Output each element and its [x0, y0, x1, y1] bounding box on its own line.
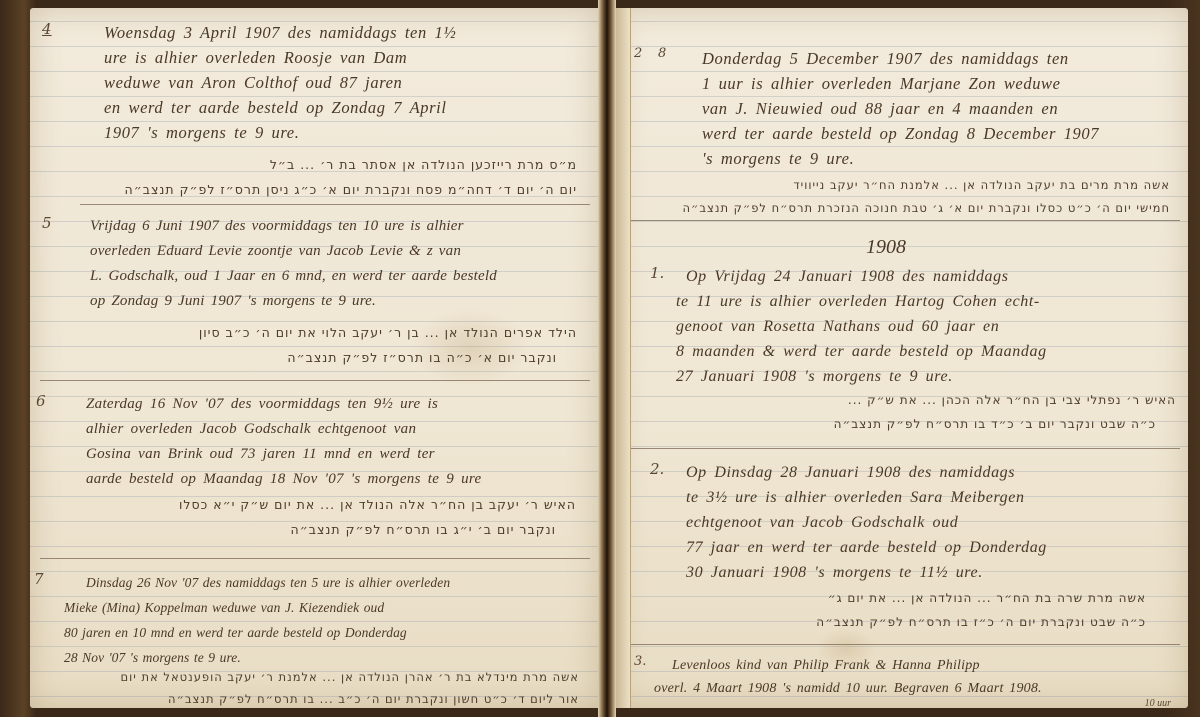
- text-line: overleden Eduard Levie zoontje van Jacob…: [90, 239, 587, 264]
- text-line: Zaterdag 16 Nov '07 des voormiddags ten …: [86, 392, 586, 417]
- text-line: op Zondag 9 Juni 1907 's morgens te 9 ur…: [90, 289, 587, 314]
- entry-text: Op Dinsdag 28 Januari 1908 des namiddags…: [686, 460, 1186, 585]
- entry-divider: [630, 644, 1180, 645]
- text-line: Woensdag 3 April 1907 des namiddags ten …: [104, 20, 587, 45]
- text-line: Op Dinsdag 28 Januari 1908 des namiddags: [686, 460, 1186, 485]
- hebrew-line: ונקבר יום א׳ כ״ה בו תרס״ז לפ״ק תנצב״ה: [82, 345, 577, 370]
- entry-number: 6: [36, 392, 46, 410]
- entry-5: 5 Vrijdag 6 Juni 1907 des voormiddags te…: [42, 214, 587, 384]
- entry-number: 4: [42, 20, 52, 38]
- text-line: Levenloos kind van Philip Frank & Hanna …: [654, 654, 1181, 677]
- hebrew-line: חמישי יום ה׳ כ״ט כסלו ונקברת יום א׳ ג׳ ט…: [680, 197, 1170, 220]
- text-line: 1 uur is alhier overleden Marjane Zon we…: [702, 71, 1180, 96]
- entry-6: 6 Zaterdag 16 Nov '07 des voormiddags te…: [36, 392, 586, 557]
- year-heading: 1908: [866, 236, 906, 259]
- hebrew-line: ונקבר יום ב׳ י״ג בו תרס״ח לפ״ק תנצב״ה: [76, 517, 576, 542]
- hebrew-annotation: האיש ר׳ נפתלי צבי בן הח״ר אלה הכהן ... א…: [686, 388, 1176, 436]
- entry-text: Woensdag 3 April 1907 des namiddags ten …: [104, 20, 587, 145]
- entry-1908-1: 1. Op Vrijdag 24 Januari 1908 des namidd…: [646, 264, 1186, 444]
- hebrew-line: כ״ה שבט ונקבר יום ב׳ כ״ד בו תרס״ח לפ״ק ת…: [686, 412, 1176, 436]
- hebrew-annotation: אשה מרת מרים בת יעקב הנולדה אן ... אלמנת…: [680, 174, 1170, 220]
- hebrew-line: האיש ר׳ נפתלי צבי בן הח״ר אלה הכהן ... א…: [686, 388, 1176, 412]
- text-line: genoot van Rosetta Nathans oud 60 jaar e…: [676, 314, 1186, 339]
- text-line: L. Godschalk, oud 1 Jaar en 6 mnd, en we…: [90, 264, 587, 289]
- hebrew-line: אשה מרת מרים בת יעקב הנולדה אן ... אלמנת…: [680, 174, 1170, 197]
- text-line: 1907 's morgens te 9 ure.: [104, 120, 587, 145]
- entry-text: Op Vrijdag 24 Januari 1908 des namiddags…: [676, 264, 1186, 389]
- text-line: Gosina van Brink oud 73 jaren 11 mnd en …: [86, 442, 586, 467]
- text-line: 30 Januari 1908 's morgens te 11½ ure.: [686, 560, 1186, 585]
- text-line: van J. Nieuwied oud 88 jaar en 4 maanden…: [702, 96, 1180, 121]
- text-line: en werd ter aarde besteld op Zondag 7 Ap…: [104, 95, 587, 120]
- hebrew-line: אשה מרת שרה בת הח״ר ... הנולדה אן ... את…: [706, 586, 1146, 610]
- hebrew-line: יום ה׳ יום ד׳ דחה״מ פסח ונקברת יום א׳ כ״…: [82, 177, 577, 202]
- hebrew-line: אשה מרת מינדלא בת ר׳ אהרן הנולדה אן ... …: [74, 666, 579, 688]
- entry-divider: [630, 448, 1180, 449]
- entry-7: 7 Dinsdag 26 Nov '07 des namiddags ten 5…: [34, 570, 589, 710]
- entry-1908-3: 3. Levenloos kind van Philip Frank & Han…: [626, 654, 1181, 708]
- hebrew-annotation: מ״ס מרת רייזכען הנולדה אן אסתר בת ר׳ ...…: [82, 152, 577, 202]
- text-line: alhier overleden Jacob Godschalk echtgen…: [86, 417, 586, 442]
- entry-text: Donderdag 5 December 1907 des namiddags …: [702, 46, 1180, 171]
- right-page: 2 8 Donderdag 5 December 1907 des namidd…: [616, 8, 1188, 708]
- text-line: Op Vrijdag 24 Januari 1908 des namiddags: [676, 264, 1186, 289]
- hebrew-annotation: האיש ר׳ יעקב בן הח״ר אלה הנולד אן ... את…: [76, 492, 576, 542]
- hebrew-line: הילד אפרים הנולד אן ... בן ר׳ יעקב הלוי …: [82, 320, 577, 345]
- text-line: echtgenoot van Jacob Godschalk oud: [686, 510, 1186, 535]
- hebrew-line: אור ליום ד׳ כ״ט חשון ונקברת יום ה׳ כ״ב .…: [74, 688, 579, 710]
- text-line: Dinsdag 26 Nov '07 des namiddags ten 5 u…: [64, 570, 589, 595]
- entry-divider: [80, 204, 590, 205]
- entry-text: Levenloos kind van Philip Frank & Hanna …: [654, 654, 1181, 700]
- margin-mark: 2: [634, 46, 642, 61]
- hebrew-annotation: אשה מרת שרה בת הח״ר ... הנולדה אן ... את…: [706, 586, 1146, 634]
- text-line: 27 Januari 1908 's morgens te 9 ure.: [676, 364, 1186, 389]
- entry-number: 8: [658, 46, 666, 61]
- entry-text: Dinsdag 26 Nov '07 des namiddags ten 5 u…: [64, 570, 589, 670]
- entry-number: 1.: [650, 264, 664, 282]
- book-spine-gutter: [598, 0, 616, 717]
- hebrew-annotation: הילד אפרים הנולד אן ... בן ר׳ יעקב הלוי …: [82, 320, 577, 370]
- text-line: 80 jaren en 10 mnd en werd ter aarde bes…: [64, 620, 589, 645]
- left-page: 4 Woensdag 3 April 1907 des namiddags te…: [30, 8, 598, 708]
- margin-note: 10 uur: [1145, 698, 1171, 709]
- text-line: te 3½ ure is alhier overleden Sara Meibe…: [686, 485, 1186, 510]
- text-line: 's morgens te 9 ure.: [702, 146, 1180, 171]
- entry-divider: [40, 558, 590, 559]
- entry-8: 2 8 Donderdag 5 December 1907 des namidd…: [640, 46, 1180, 216]
- entry-number: 7: [34, 570, 44, 588]
- entry-number: 2.: [650, 460, 664, 478]
- entry-divider: [40, 380, 590, 381]
- text-line: ure is alhier overleden Roosje van Dam: [104, 45, 587, 70]
- entry-1908-2: 2. Op Dinsdag 28 Januari 1908 des namidd…: [646, 460, 1186, 640]
- text-line: werd ter aarde besteld op Zondag 8 Decem…: [702, 121, 1180, 146]
- text-line: aarde besteld op Maandag 18 Nov '07 's m…: [86, 467, 586, 492]
- text-line: Donderdag 5 December 1907 des namiddags …: [702, 46, 1180, 71]
- page-edge: [616, 8, 631, 708]
- entry-text: Vrijdag 6 Juni 1907 des voormiddags ten …: [90, 214, 587, 314]
- text-line: Mieke (Mina) Koppelman weduwe van J. Kie…: [64, 595, 589, 620]
- entry-4: 4 Woensdag 3 April 1907 des namiddags te…: [42, 20, 587, 210]
- hebrew-line: האיש ר׳ יעקב בן הח״ר אלה הנולד אן ... את…: [76, 492, 576, 517]
- entry-text: Zaterdag 16 Nov '07 des voormiddags ten …: [86, 392, 586, 492]
- entry-number: 5: [42, 214, 52, 232]
- hebrew-line: מ״ס מרת רייזכען הנולדה אן אסתר בת ר׳ ...…: [82, 152, 577, 177]
- text-line: Vrijdag 6 Juni 1907 des voormiddags ten …: [90, 214, 587, 239]
- text-line: te 11 ure is alhier overleden Hartog Coh…: [676, 289, 1186, 314]
- text-line: weduwe van Aron Colthof oud 87 jaren: [104, 70, 587, 95]
- text-line: overl. 4 Maart 1908 's namidd 10 uur. Be…: [654, 677, 1181, 700]
- entry-number: 3.: [634, 654, 646, 669]
- entry-divider: [630, 220, 1180, 221]
- text-line: 8 maanden & werd ter aarde besteld op Ma…: [676, 339, 1186, 364]
- hebrew-line: כ״ה שבט ונקברת יום ה׳ כ״ז בו תרס״ח לפ״ק …: [706, 610, 1146, 634]
- text-line: 77 jaar en werd ter aarde besteld op Don…: [686, 535, 1186, 560]
- hebrew-annotation: אשה מרת מינדלא בת ר׳ אהרן הנולדה אן ... …: [74, 666, 579, 710]
